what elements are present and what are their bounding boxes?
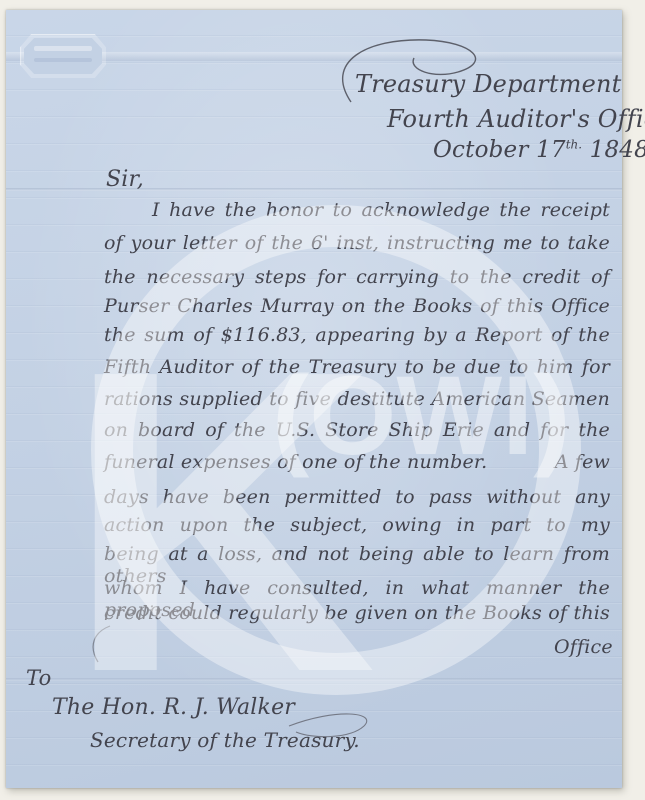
date-prefix: October 17 (433, 137, 566, 163)
body-line-split: funeral expenses of one of the number. A… (104, 451, 610, 473)
body-line: Fifth Auditor of the Treasury to be due … (104, 356, 610, 378)
embossed-seal-text-line (34, 58, 92, 62)
paper-crease (6, 188, 622, 191)
date-superscript: th. (566, 137, 582, 151)
date-year: 1848. (590, 137, 645, 163)
body-line: credit could regularly be given on the B… (104, 602, 610, 624)
scan-background: Treasury Department Fourth Auditor's Off… (0, 0, 645, 800)
embossed-seal-inner (24, 38, 102, 74)
body-line: on board of the U.S. Store Ship Erie and… (104, 419, 610, 441)
body-line: the necessary steps for carrying to the … (104, 266, 610, 288)
address-title: Secretary of the Treasury. (90, 728, 360, 752)
body-line: days have been permitted to pass without… (104, 486, 610, 508)
embossed-seal-text-line (34, 46, 92, 51)
letterhead-date: October 17th. 1848. (433, 137, 645, 163)
paper-crease (6, 678, 622, 681)
body-line: the sum of $116.83, appearing by a Repor… (104, 324, 610, 346)
letterhead-office: Fourth Auditor's Office (387, 105, 645, 133)
address-recipient: The Hon. R. J. Walker (52, 695, 295, 720)
embossed-seal (20, 34, 106, 78)
body-line: rations supplied to five destitute Ameri… (104, 388, 610, 410)
body-line: of your letter of the 6' inst, instructi… (104, 232, 610, 254)
carryover-word: Office (554, 636, 613, 658)
address-to: To (26, 666, 51, 690)
letter-paper: Treasury Department Fourth Auditor's Off… (6, 10, 622, 788)
body-line: action upon the subject, owing in part t… (104, 514, 610, 536)
body-line: Purser Charles Murray on the Books of th… (104, 295, 610, 317)
salutation: Sir, (106, 167, 144, 192)
body-line-right: A few (555, 451, 610, 473)
body-line: I have the honor to acknowledge the rece… (152, 199, 610, 221)
body-line-left: funeral expenses of one of the number. (104, 451, 487, 473)
letterhead-department: Treasury Department (355, 70, 622, 98)
